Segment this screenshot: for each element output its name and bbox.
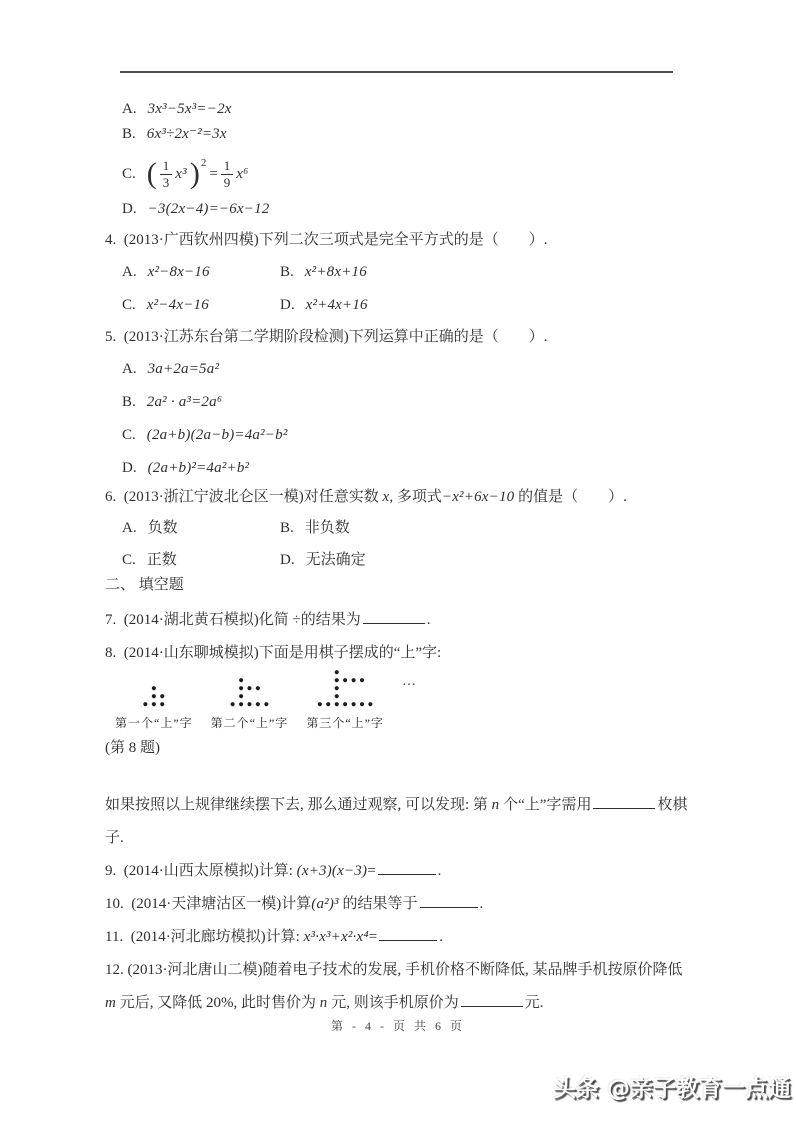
math-run: m	[105, 995, 116, 1011]
text-run: 元.	[525, 995, 544, 1011]
q4-option-c: C.x²−4x−16	[122, 297, 280, 314]
superscript: 2	[201, 155, 207, 172]
math-run: (a²)³	[311, 896, 338, 912]
text-run: 如果按照以上规律继续摆下去, 那么通过观察, 可以发现: 第	[105, 797, 492, 813]
option-label: D.	[122, 201, 137, 218]
math-run: x²−4x−16	[147, 297, 209, 313]
q6-option-c: C.正数	[122, 552, 280, 569]
option-expression: −3(2x−4)=−6x−12	[148, 201, 270, 217]
text-run: 4. (2013·广西钦州四模)下列二次三项式是完全平方式的是（ ）.	[105, 232, 548, 248]
q8-followup-line-1: 如果按照以上规律继续摆下去, 那么通过观察, 可以发现: 第 n 个“上”字需用…	[105, 789, 717, 822]
q4-option-a: A.x²−8x−16	[122, 264, 280, 281]
q4-option-b: B.x²+8x+16	[280, 264, 367, 281]
option-text: 非负数	[305, 520, 350, 536]
math-run: x²+8x+16	[305, 264, 367, 280]
q4-option-d: D.x²+4x+16	[280, 297, 368, 314]
option-expression: 6x³÷2x⁻²=3x	[147, 126, 227, 142]
option-label: C.	[122, 297, 136, 314]
math-run: x²−8x−16	[148, 264, 210, 280]
option-expression: (13x³)2=19x⁶	[147, 159, 249, 190]
text-run: =	[209, 166, 217, 183]
prev-option-b: B.6x³÷2x⁻²=3x	[105, 126, 717, 143]
prev-option-a: A.3x³−5x³=−2x	[105, 101, 717, 118]
fill-in-questions-block: 9. (2014·山西太原模拟)计算: (x+3)(x−3)=. 10. (20…	[105, 855, 717, 1020]
math-run: −x²+6x−10	[442, 489, 514, 505]
text-run: .	[480, 896, 484, 912]
math-run: (2a+b)²=4a²+b²	[148, 460, 250, 476]
q8-caption: (第 8 题)	[105, 740, 717, 757]
page-number-footer: 第 - 4 - 页 共 6 页	[0, 1017, 796, 1034]
math-run: 6x³÷2x⁻²=3x	[147, 126, 227, 142]
q7-stem: 7. (2014·湖北黄石模拟)化简 ÷的结果为.	[105, 610, 717, 629]
option-label: D.	[280, 297, 295, 314]
text-run: 元后, 又降低 20%, 此时售价为	[116, 995, 320, 1011]
blank-underline	[379, 927, 437, 941]
dot-pattern-figure-3: ● ● ● ● ● ● ● ● ● ● ● ● ● ●	[318, 668, 373, 708]
q8-figure-1: ● ● ● ● ● ● 第一个“上”字	[115, 684, 193, 732]
math-run: (2a+b)(2a−b)=4a²−b²	[147, 427, 288, 443]
fraction: 19	[221, 159, 234, 190]
text-run: 负数	[148, 520, 178, 536]
math-run: x⁶	[236, 166, 248, 183]
q6-options-row-1: A.负数 B.非负数	[105, 520, 717, 537]
q4-options-row-1: A.x²−8x−16 B.x²+8x+16	[105, 264, 717, 281]
option-label: A.	[122, 520, 137, 537]
section-2-header: 二、 填空题	[105, 577, 717, 594]
q4-options-row-2: C.x²−4x−16 D.x²+4x+16	[105, 297, 717, 314]
option-label: D.	[122, 460, 137, 477]
blank-underline	[363, 610, 425, 624]
text-run: 11. (2014·河北廊坊模拟)计算:	[105, 929, 304, 945]
math-run: −3(2x−4)=−6x−12	[148, 201, 270, 217]
text-run: 元, 则该手机原价为	[328, 995, 459, 1011]
option-expression: x²−8x−16	[148, 264, 210, 280]
option-expression: (2a+b)(2a−b)=4a²−b²	[147, 427, 288, 443]
q6-options-row-2: C.正数 D.无法确定	[105, 552, 717, 569]
q5-option-a: A.3a+2a=5a²	[105, 361, 717, 378]
text-run: 6. (2013·浙江宁波北仑区一模)对任意实数	[105, 489, 383, 505]
dot-pattern-figure-2: ● ● ● ● ● ● ● ● ● ●	[231, 676, 269, 708]
option-expression: x²−4x−16	[147, 297, 209, 313]
text-run: =	[369, 929, 377, 945]
text-run: , 多项式	[389, 489, 442, 505]
math-run: x³·x³+x²·x⁴	[304, 929, 369, 945]
text-run: 无法确定	[306, 552, 366, 568]
option-text: 负数	[148, 520, 178, 536]
figure-1-label: 第一个“上”字	[115, 715, 193, 732]
q8-figure-2: ● ● ● ● ● ● ● ● ● ● 第二个“上”字	[211, 676, 289, 732]
prev-option-c: C.(13x³)2=19x⁶	[105, 151, 717, 197]
text-run: =	[367, 863, 375, 879]
figure-3-label: 第三个“上”字	[306, 715, 384, 732]
option-expression: x²+8x+16	[305, 264, 367, 280]
text-run: 子.	[105, 830, 124, 846]
option-text: 无法确定	[306, 552, 366, 568]
q8-stem: 8. (2014·山东聊城模拟)下面是用棋子摆成的“上”字:	[105, 645, 717, 662]
option-label: B.	[280, 520, 294, 537]
option-expression: 2a² · a³=2a⁶	[147, 394, 222, 410]
text-run: 非负数	[305, 520, 350, 536]
worksheet-page: A.3x³−5x³=−2x B.6x³÷2x⁻²=3x C.(13x³)2=19…	[0, 0, 796, 1122]
option-expression: (2a+b)²=4a²+b²	[148, 460, 250, 476]
text-run: 12. (2013·河北唐山二模)随着电子技术的发展, 手机价格不断降低, 某品…	[105, 962, 683, 978]
q6-stem: 6. (2013·浙江宁波北仑区一模)对任意实数 x, 多项式−x²+6x−10…	[105, 489, 717, 506]
math-run: x²+4x+16	[306, 297, 368, 313]
option-expression: 3x³−5x³=−2x	[148, 101, 232, 117]
blank-underline	[461, 993, 523, 1007]
big-paren: )	[190, 159, 200, 189]
option-label: C.	[122, 552, 136, 569]
option-label: A.	[122, 264, 137, 281]
text-run: .	[427, 612, 431, 628]
math-run: 2a² · a³=2a⁶	[147, 394, 222, 410]
blank-underline	[378, 861, 436, 875]
blank-underline	[593, 795, 655, 809]
sequence-ellipsis: …	[402, 673, 418, 690]
figure-2-label: 第二个“上”字	[211, 715, 289, 732]
math-run: (x+3)(x−3)	[297, 863, 368, 879]
q5-option-b: B.2a² · a³=2a⁶	[105, 394, 717, 411]
option-text: 正数	[147, 552, 177, 568]
prev-option-d: D.−3(2x−4)=−6x−12	[105, 201, 717, 218]
q5-option-d: D.(2a+b)²=4a²+b²	[105, 460, 717, 477]
q8-figure-strip: ● ● ● ● ● ● 第一个“上”字 ● ● ● ● ● ● ● ● ● ● …	[115, 668, 717, 732]
math-run: 3x³−5x³=−2x	[148, 101, 232, 117]
option-label: C.	[122, 427, 136, 444]
text-run: 个“上”字需用	[499, 797, 591, 813]
text-run: .	[438, 863, 442, 879]
q5-option-c: C.(2a+b)(2a−b)=4a²−b²	[105, 427, 717, 444]
fraction: 13	[160, 159, 173, 190]
q4-stem: 4. (2013·广西钦州四模)下列二次三项式是完全平方式的是（ ）.	[105, 232, 717, 249]
q10-stem: 10. (2014·天津塘沽区一模)计算(a²)³ 的结果等于.	[105, 888, 717, 921]
q12-line-2: m 元后, 又降低 20%, 此时售价为 n 元, 则该手机原价为元.	[105, 987, 717, 1020]
math-run: x³	[175, 166, 187, 183]
q6-option-a: A.负数	[122, 520, 280, 537]
option-label: B.	[280, 264, 294, 281]
q8-figure-3: ● ● ● ● ● ● ● ● ● ● ● ● ● ● 第三个“上”字	[306, 668, 384, 732]
math-run: 3a+2a=5a²	[148, 361, 220, 377]
text-run: 5. (2013·江苏东台第二学期阶段检测)下列运算中正确的是（ ）.	[105, 329, 548, 345]
text-run: 正数	[147, 552, 177, 568]
text-run: 9. (2014·山西太原模拟)计算:	[105, 863, 297, 879]
option-label: B.	[122, 126, 136, 143]
option-expression: x²+4x+16	[306, 297, 368, 313]
text-run: 8. (2014·山东聊城模拟)下面是用棋子摆成的“上”字:	[105, 645, 441, 661]
option-label: A.	[122, 361, 137, 378]
dot-pattern-figure-1: ● ● ● ● ● ●	[143, 684, 164, 708]
text-run: 枚棋	[657, 797, 687, 813]
blank-underline	[420, 894, 478, 908]
q12-line-1: 12. (2013·河北唐山二模)随着电子技术的发展, 手机价格不断降低, 某品…	[105, 954, 717, 987]
option-label: C.	[122, 166, 136, 183]
text-run: 7. (2014·湖北黄石模拟)化简 ÷的结果为	[105, 612, 361, 628]
q5-stem: 5. (2013·江苏东台第二学期阶段检测)下列运算中正确的是（ ）.	[105, 329, 717, 346]
text-run: 10. (2014·天津塘沽区一模)计算	[105, 896, 311, 912]
q9-stem: 9. (2014·山西太原模拟)计算: (x+3)(x−3)=.	[105, 855, 717, 888]
text-run: 的值是（ ）.	[514, 489, 627, 505]
big-paren: (	[147, 159, 157, 189]
header-rule	[120, 71, 673, 73]
toutiao-watermark: 头条 @亲子教育一点通	[553, 1070, 791, 1103]
q8-followup-line-2: 子.	[105, 822, 717, 855]
option-label: A.	[122, 101, 137, 118]
page-content: A.3x³−5x³=−2x B.6x³÷2x⁻²=3x C.(13x³)2=19…	[105, 101, 717, 1020]
q6-option-d: D.无法确定	[280, 552, 366, 569]
option-expression: 3a+2a=5a²	[148, 361, 220, 377]
option-label: B.	[122, 394, 136, 411]
text-run: 的结果等于	[339, 896, 418, 912]
text-run: .	[439, 929, 443, 945]
q6-option-b: B.非负数	[280, 520, 350, 537]
q11-stem: 11. (2014·河北廊坊模拟)计算: x³·x³+x²·x⁴=.	[105, 921, 717, 954]
math-run: n	[320, 995, 328, 1011]
option-label: D.	[280, 552, 295, 569]
